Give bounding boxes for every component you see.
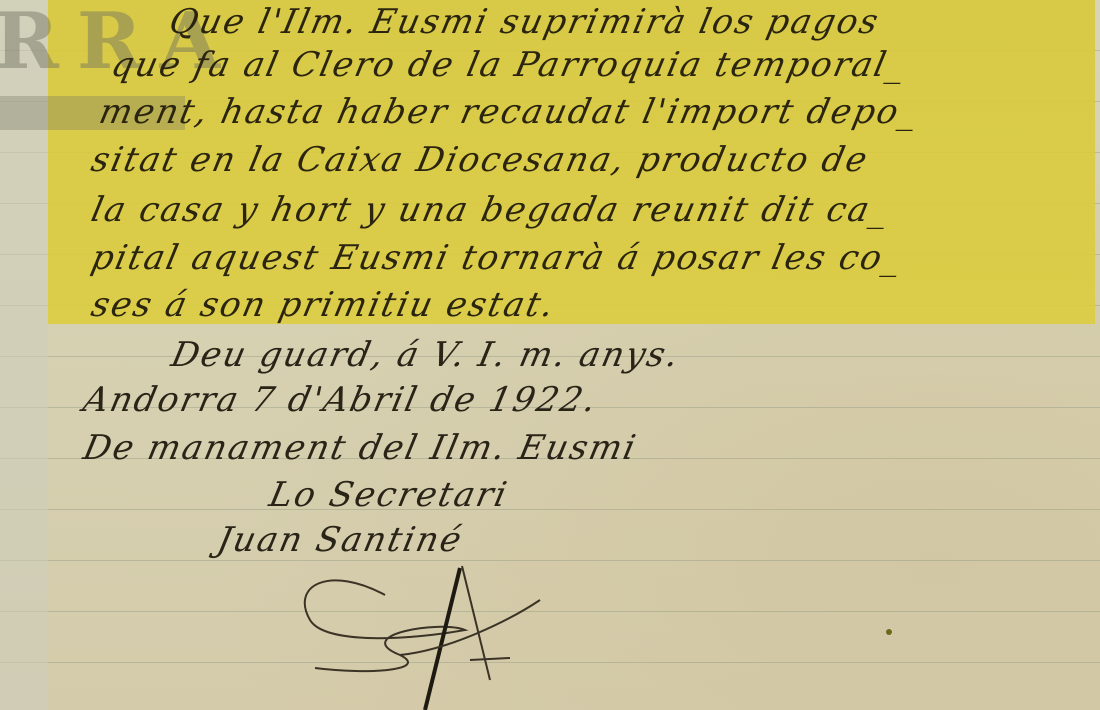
ink-spot xyxy=(886,629,892,635)
handwritten-line: pital aquest Eusmi tornarà á posar les c… xyxy=(88,238,907,278)
by-order-line: De manament del Ilm. Eusmi xyxy=(80,428,641,468)
signer-role: Lo Secretari xyxy=(266,475,512,515)
handwritten-line: ment, hasta haber recaudat l'import depo… xyxy=(96,92,923,132)
salutation: Deu guard, á V. I. m. anys. xyxy=(168,335,684,375)
handwritten-line: Que l'Ilm. Eusmi suprimirà los pagos xyxy=(166,2,884,42)
handwritten-line: la casa y hort y una begada reunit dit c… xyxy=(88,190,894,230)
handwritten-line: que fa al Clero de la Parroquia temporal… xyxy=(108,45,911,85)
signer-name: Juan Santiné xyxy=(214,520,467,560)
handwritten-line: sitat en la Caixa Diocesana, producto de xyxy=(88,140,873,180)
place-date: Andorra 7 d'Abril de 1922. xyxy=(80,380,601,420)
handwritten-line: ses á son primitiu estat. xyxy=(88,285,559,325)
signature-flourish-icon xyxy=(290,560,570,710)
